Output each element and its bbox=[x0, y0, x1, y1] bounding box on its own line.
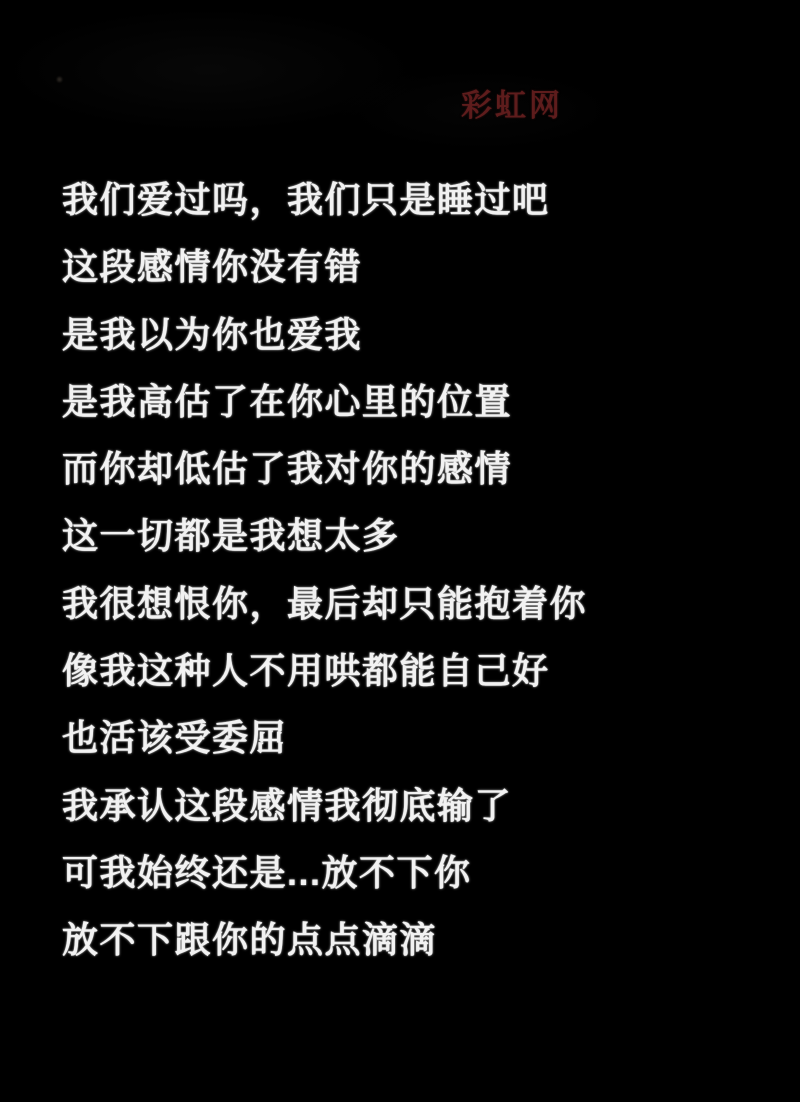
site-watermark: 彩虹网 bbox=[461, 80, 563, 125]
poem-line: 是我以为你也爱我 bbox=[62, 301, 762, 368]
noise-speck bbox=[57, 77, 62, 82]
poem-line: 我承认这段感情我彻底输了 bbox=[62, 772, 762, 839]
quote-card: 彩虹网 我们爱过吗，我们只是睡过吧 这段感情你没有错 是我以为你也爱我 是我高估… bbox=[0, 0, 800, 1102]
poem-line: 是我高估了在你心里的位置 bbox=[62, 368, 762, 435]
poem-line: 这一切都是我想太多 bbox=[62, 502, 762, 569]
poem-line: 也活该受委屈 bbox=[62, 704, 762, 771]
poem-line: 可我始终还是...放不下你 bbox=[62, 839, 762, 906]
poem-line: 像我这种人不用哄都能自己好 bbox=[62, 637, 762, 704]
poem-text-block: 我们爱过吗，我们只是睡过吧 这段感情你没有错 是我以为你也爱我 是我高估了在你心… bbox=[62, 166, 762, 974]
poem-line: 放不下跟你的点点滴滴 bbox=[62, 906, 762, 973]
poem-line: 这段感情你没有错 bbox=[62, 233, 762, 300]
poem-line: 而你却低估了我对你的感情 bbox=[62, 435, 762, 502]
poem-line: 我很想恨你，最后却只能抱着你 bbox=[62, 570, 762, 637]
poem-line: 我们爱过吗，我们只是睡过吧 bbox=[62, 166, 762, 233]
